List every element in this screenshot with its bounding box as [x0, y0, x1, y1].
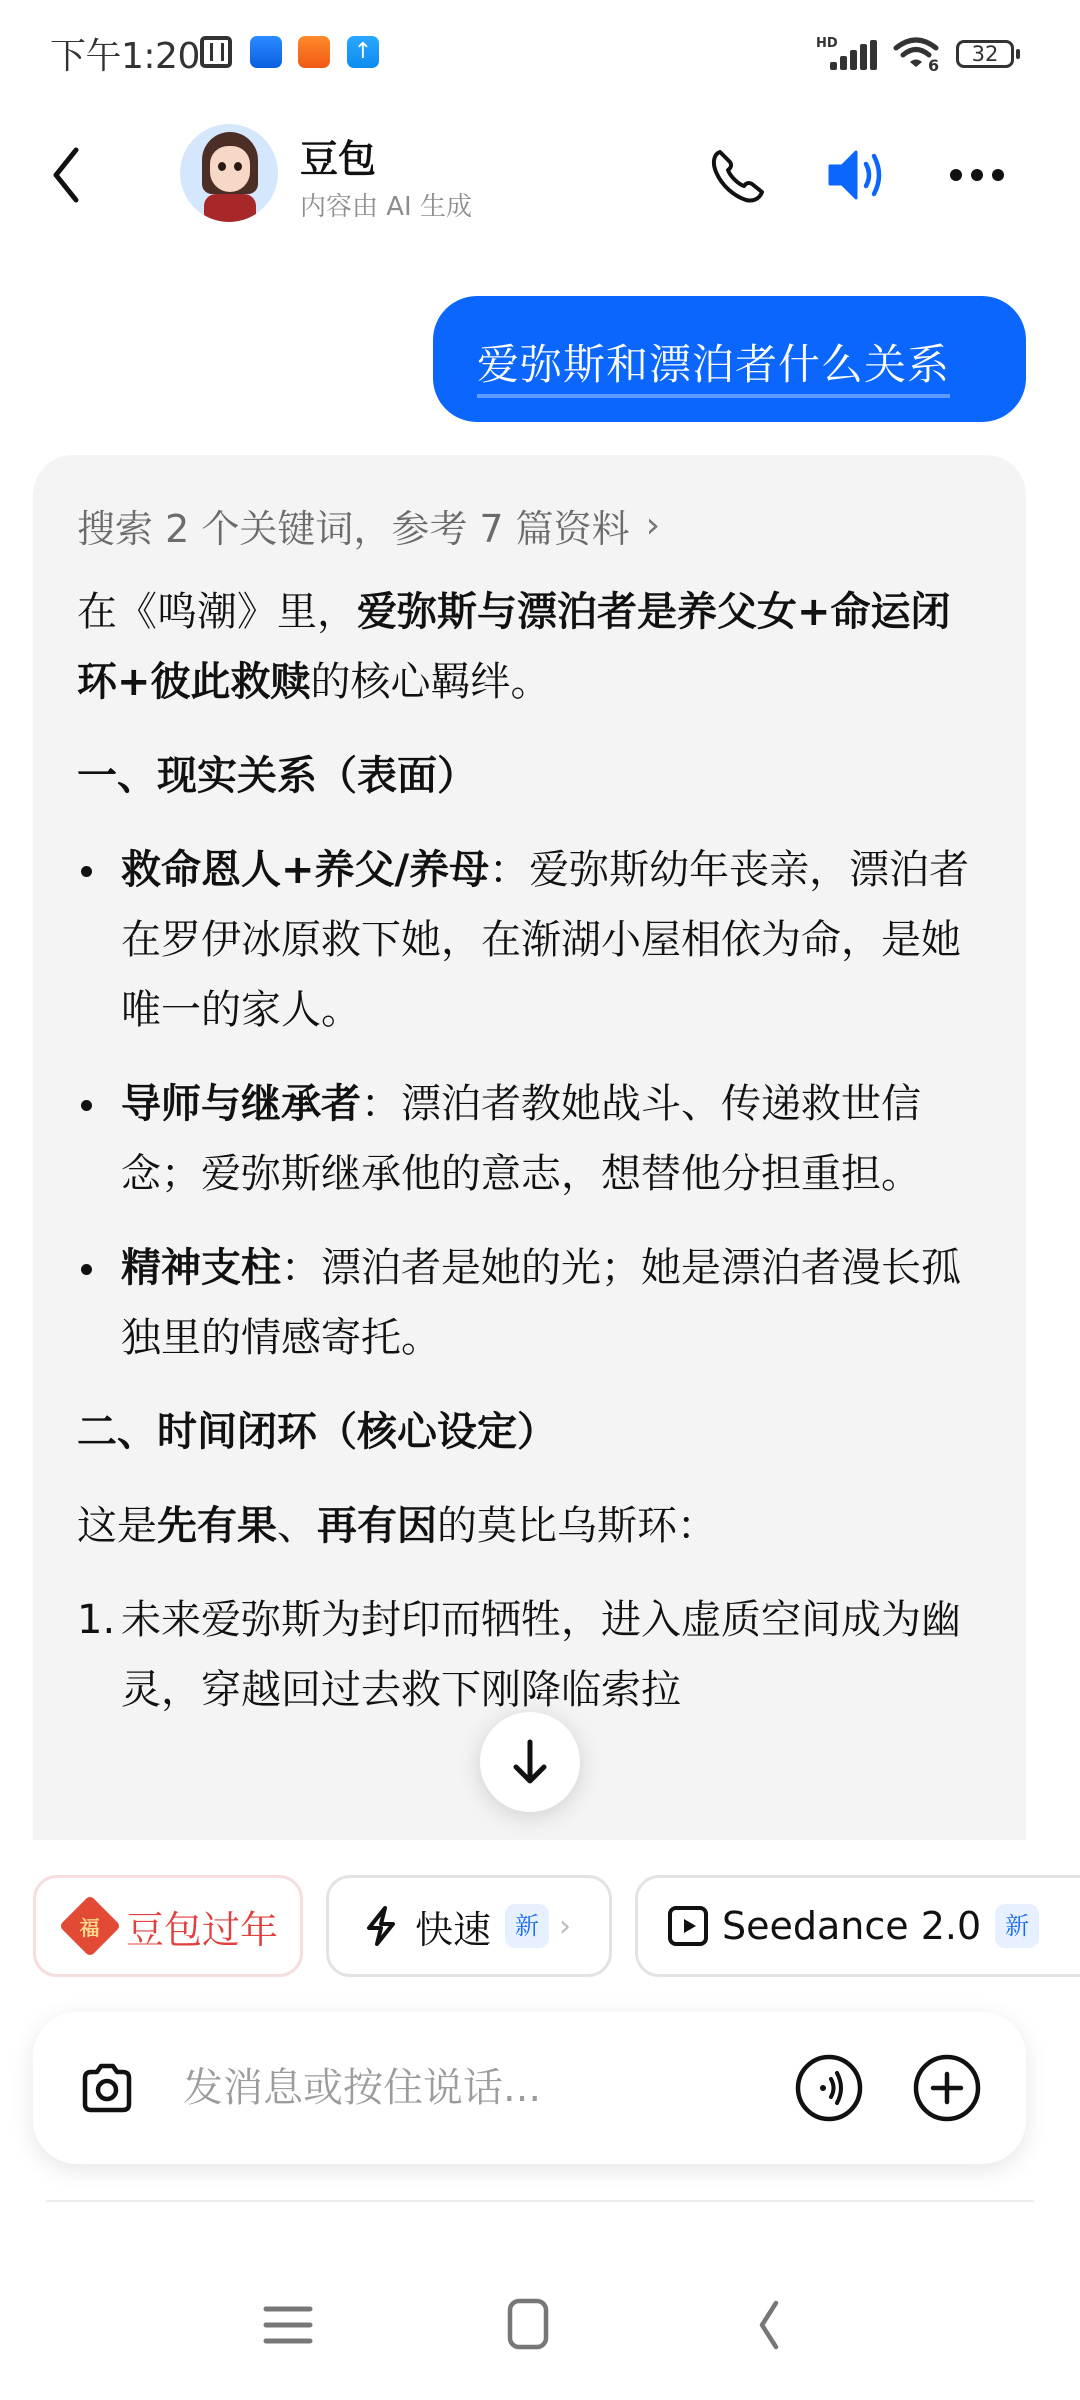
speaker-icon[interactable]	[822, 140, 892, 210]
new-badge: 新	[995, 1904, 1039, 1948]
video-play-icon	[668, 1906, 708, 1946]
section-heading-1: 一、现实关系（表面）	[77, 741, 987, 811]
section-heading-2: 二、时间闭环（核心设定）	[77, 1397, 987, 1467]
squirrel-app-notification-icon	[298, 36, 330, 68]
chip-label: Seedance 2.0	[722, 1904, 981, 1948]
list-item: 导师与继承者：漂泊者教她战斗、传递救世信念；爱弥斯继承他的意志，想替他分担重担。	[77, 1069, 987, 1209]
lightning-icon	[361, 1904, 401, 1948]
list-item: 1.未来爱弥斯为封印而牺牲，进入虚质空间成为幽灵，穿越回过去救下刚降临索拉	[77, 1585, 987, 1725]
cellular-signal-icon: HD	[830, 40, 880, 70]
section1-list: 救命恩人+养父/养母：爱弥斯幼年丧亲，漂泊者在罗伊冰原救下她，在渐湖小屋相依为命…	[77, 835, 987, 1373]
recent-apps-icon[interactable]	[258, 2295, 318, 2355]
camera-icon[interactable]	[77, 2058, 137, 2118]
phone-icon[interactable]	[702, 140, 772, 210]
fu-icon: 福	[59, 1895, 121, 1957]
nfc-icon	[200, 36, 232, 68]
answer-intro: 在《鸣潮》里，爱弥斯与漂泊者是养父女+命运闭环+彼此救赎的核心羁绊。	[77, 577, 987, 717]
section2-list: 1.未来爱弥斯为封印而牺牲，进入虚质空间成为幽灵，穿越回过去救下刚降临索拉	[77, 1585, 987, 1725]
quick-action-chips: 福 豆包过年 快速 新 › Seedance 2.0 新	[0, 1875, 1080, 1977]
chat-header: 豆包 内容由 AI 生成	[0, 110, 1080, 240]
scroll-to-bottom-button[interactable]	[480, 1712, 580, 1812]
chip-label: 快速	[415, 1899, 491, 1954]
new-badge: 新	[505, 1904, 549, 1948]
bot-name: 豆包	[300, 128, 376, 183]
wifi-icon: 6	[892, 36, 940, 72]
assistant-answer-card: 搜索 2 个关键词，参考 7 篇资料 › 在《鸣潮》里，爱弥斯与漂泊者是养父女+…	[33, 455, 1026, 1840]
plus-icon[interactable]	[911, 2052, 983, 2124]
back-icon[interactable]	[44, 140, 94, 210]
battery-indicator: 32	[956, 40, 1014, 68]
chip-label: 豆包过年	[126, 1899, 278, 1954]
user-message-text: 爱弥斯和漂泊者什么关系	[477, 332, 950, 398]
search-references-link[interactable]: 搜索 2 个关键词，参考 7 篇资料 ›	[77, 493, 987, 557]
svg-text:6: 6	[928, 56, 939, 72]
status-time: 下午1:20	[50, 28, 200, 79]
message-composer	[33, 2012, 1026, 2164]
system-back-icon[interactable]	[740, 2295, 800, 2355]
status-bar: 下午1:20 ↑ HD 6 32	[0, 0, 1080, 100]
voice-input-icon[interactable]	[793, 2052, 865, 2124]
user-message-bubble[interactable]: 爱弥斯和漂泊者什么关系	[433, 296, 1026, 422]
list-item: 精神支柱：漂泊者是她的光；她是漂泊者漫长孤独里的情感寄托。	[77, 1233, 987, 1373]
home-icon[interactable]	[498, 2295, 558, 2355]
avatar[interactable]	[180, 124, 278, 222]
upload-notification-icon: ↑	[347, 36, 379, 68]
search-summary-text: 搜索 2 个关键词，参考 7 篇资料	[77, 498, 630, 553]
content-fade	[0, 1840, 1080, 1860]
list-item: 救命恩人+养父/养母：爱弥斯幼年丧亲，漂泊者在罗伊冰原救下她，在渐湖小屋相依为命…	[77, 835, 987, 1045]
chip-doubao-new-year[interactable]: 福 豆包过年	[33, 1875, 303, 1977]
chevron-right-icon: ›	[559, 1909, 571, 1944]
chevron-right-icon: ›	[646, 505, 660, 546]
chip-fast-mode[interactable]: 快速 新 ›	[326, 1875, 612, 1977]
divider	[46, 2200, 1034, 2202]
chip-seedance[interactable]: Seedance 2.0 新	[635, 1875, 1080, 1977]
more-icon[interactable]	[942, 140, 1012, 210]
message-input[interactable]	[183, 2060, 783, 2116]
ai-generated-label: 内容由 AI 生成	[300, 186, 472, 223]
dingtalk-notification-icon	[250, 36, 282, 68]
arrow-down-icon	[480, 1712, 580, 1812]
section2-intro: 这是先有果、再有因的莫比乌斯环：	[77, 1491, 987, 1561]
hd-label: HD	[816, 36, 838, 51]
